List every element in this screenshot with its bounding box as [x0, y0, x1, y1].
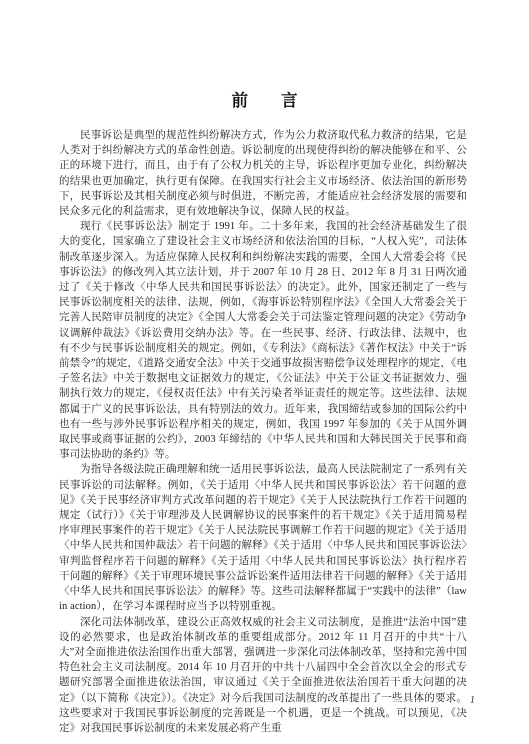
paragraph: 民事诉讼是典型的规范性纠纷解决方式，作为公力救济取代私力救济的结果，它是人类对于…	[59, 128, 467, 219]
paragraph: 深化司法体制改革，建设公正高效权威的社会主义司法制度，是推进“法治中国”建设的必…	[59, 615, 467, 737]
paragraph: 为指导各级法院正确理解和统一适用民事诉讼法，最高人民法院制定了一系列有关民事诉讼…	[59, 462, 467, 614]
page-number: 1	[470, 695, 475, 706]
document-page: 前 言 民事诉讼是典型的规范性纠纷解决方式，作为公力救济取代私力救济的结果，它是…	[0, 0, 529, 744]
page-title: 前 言	[0, 91, 529, 111]
paragraph: 现行《民事诉讼法》制定于 1991 年。二十多年来，我国的社会经济基础发生了很大…	[59, 219, 467, 462]
preface-body: 民事诉讼是典型的规范性纠纷解决方式，作为公力救济取代私力救济的结果，它是人类对于…	[59, 128, 467, 736]
